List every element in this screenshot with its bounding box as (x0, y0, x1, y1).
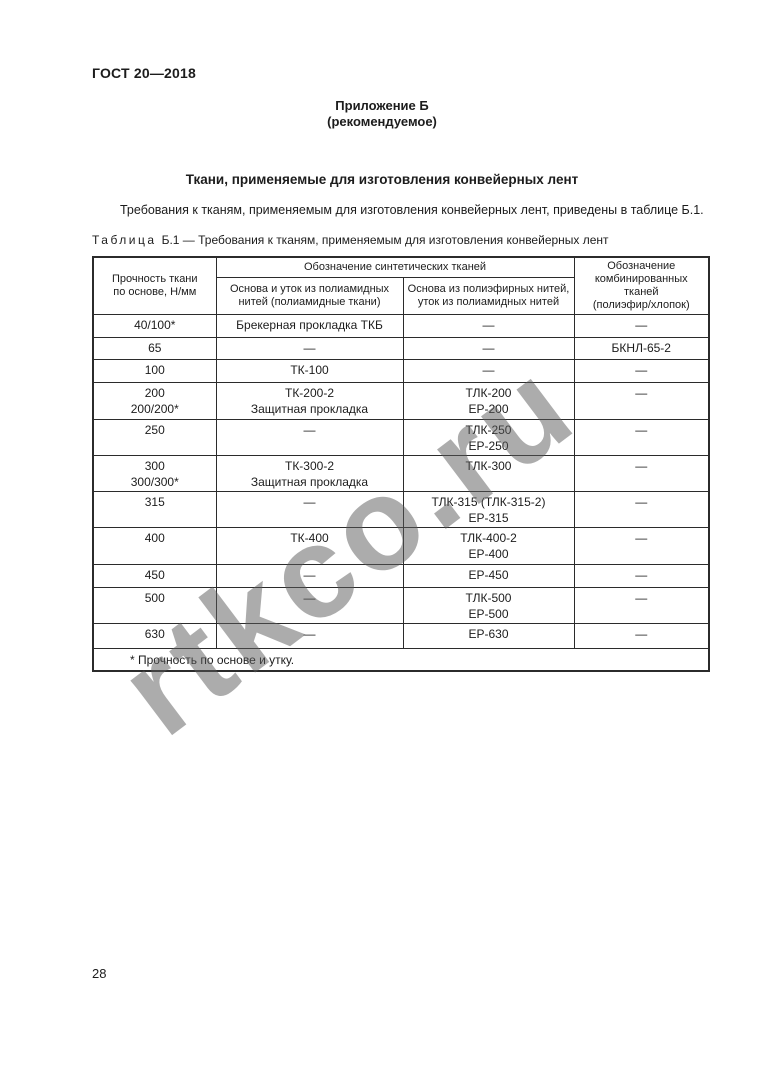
cell-polyamide: — (216, 338, 403, 360)
cell-strength: 500 (93, 588, 216, 624)
table-row: 100 ТК-100 — — (93, 360, 709, 383)
cell-combined: БКНЛ-65-2 (574, 338, 709, 360)
page-title: Ткани, применяемые для изготовления конв… (0, 172, 764, 187)
table-row: 630 — ЕР-630 — (93, 624, 709, 649)
cell-polyamide: ТК-300-2 Защитная прокладка (216, 456, 403, 492)
cell-strength: 300 300/300* (93, 456, 216, 492)
cell-combined: — (574, 360, 709, 383)
cell-combined: — (574, 528, 709, 565)
cell-strength: 250 (93, 420, 216, 456)
cell-strength: 200 200/200* (93, 383, 216, 420)
cell-polyamide: — (216, 588, 403, 624)
cell-combined: — (574, 383, 709, 420)
cell-combined: — (574, 588, 709, 624)
cell-polyester: ТЛК-500 ЕР-500 (403, 588, 574, 624)
cell-polyamide: — (216, 624, 403, 649)
cell-strength: 450 (93, 565, 216, 588)
header-polyester: Основа из полиэфирных нитей, уток из пол… (403, 278, 574, 315)
annex-type: (рекомендуемое) (0, 114, 764, 130)
cell-strength: 100 (93, 360, 216, 383)
table-row: 250 — ТЛК-250 ЕР-250 — (93, 420, 709, 456)
cell-polyamide: ТК-200-2 Защитная прокладка (216, 383, 403, 420)
table-row: 65 — — БКНЛ-65-2 (93, 338, 709, 360)
cell-polyester: — (403, 315, 574, 338)
cell-polyamide: ТК-100 (216, 360, 403, 383)
header-strength: Прочность ткани по основе, Н/мм (93, 257, 216, 315)
cell-combined: — (574, 456, 709, 492)
table-row: 450 — ЕР-450 — (93, 565, 709, 588)
cell-polyester: — (403, 360, 574, 383)
cell-combined: — (574, 420, 709, 456)
cell-polyamide: ТК-400 (216, 528, 403, 565)
table-row: 315 — ТЛК-315 (ТЛК-315-2) ЕР-315 — (93, 492, 709, 528)
table-footnote: * Прочность по основе и утку. (93, 649, 709, 671)
annex-heading: Приложение Б (рекомендуемое) (0, 98, 764, 130)
cell-polyester: — (403, 338, 574, 360)
cell-strength: 630 (93, 624, 216, 649)
cell-polyester: ЕР-630 (403, 624, 574, 649)
fabric-requirements-table: Прочность ткани по основе, Н/мм Обозначе… (92, 256, 710, 672)
cell-polyamide: — (216, 565, 403, 588)
table-footnote-row: * Прочность по основе и утку. (93, 649, 709, 671)
cell-strength: 40/100* (93, 315, 216, 338)
cell-strength: 315 (93, 492, 216, 528)
document-page: ГОСТ 20—2018 Приложение Б (рекомендуемое… (0, 0, 764, 1079)
table-row: 500 — ТЛК-500 ЕР-500 — (93, 588, 709, 624)
cell-polyester: ЕР-450 (403, 565, 574, 588)
cell-polyester: ТЛК-250 ЕР-250 (403, 420, 574, 456)
cell-polyamide: — (216, 492, 403, 528)
table-row: 400 ТК-400 ТЛК-400-2 ЕР-400 — (93, 528, 709, 565)
table-row: 300 300/300* ТК-300-2 Защитная прокладка… (93, 456, 709, 492)
cell-polyester: ТЛК-400-2 ЕР-400 (403, 528, 574, 565)
cell-strength: 65 (93, 338, 216, 360)
table-caption-text: Б.1 — Требования к тканям, применяемым д… (162, 233, 609, 247)
table-caption-label: Таблица (92, 233, 157, 247)
cell-combined: — (574, 315, 709, 338)
table-body: 40/100* Брекерная прокладка ТКБ — — 65 —… (93, 315, 709, 671)
cell-strength: 400 (93, 528, 216, 565)
table-row: 200 200/200* ТК-200-2 Защитная прокладка… (93, 383, 709, 420)
cell-combined: — (574, 492, 709, 528)
table-row: 40/100* Брекерная прокладка ТКБ — — (93, 315, 709, 338)
table-caption: ТаблицаБ.1 — Требования к тканям, примен… (92, 233, 609, 247)
cell-combined: — (574, 565, 709, 588)
cell-polyamide: — (216, 420, 403, 456)
cell-polyester: ТЛК-300 (403, 456, 574, 492)
doc-code: ГОСТ 20—2018 (92, 65, 196, 81)
table-header: Прочность ткани по основе, Н/мм Обозначе… (93, 257, 709, 315)
cell-polyester: ТЛК-315 (ТЛК-315-2) ЕР-315 (403, 492, 574, 528)
cell-polyester: ТЛК-200 ЕР-200 (403, 383, 574, 420)
page-number: 28 (92, 966, 106, 981)
cell-polyamide: Брекерная прокладка ТКБ (216, 315, 403, 338)
cell-combined: — (574, 624, 709, 649)
header-synthetic-group: Обозначение синтетических тканей (216, 257, 574, 278)
intro-paragraph: Требования к тканям, применяемым для изг… (92, 202, 708, 218)
header-polyamide: Основа и уток из полиамидных нитей (поли… (216, 278, 403, 315)
annex-label: Приложение Б (0, 98, 764, 114)
header-combined: Обозначение комбинированных тканей (поли… (574, 257, 709, 315)
